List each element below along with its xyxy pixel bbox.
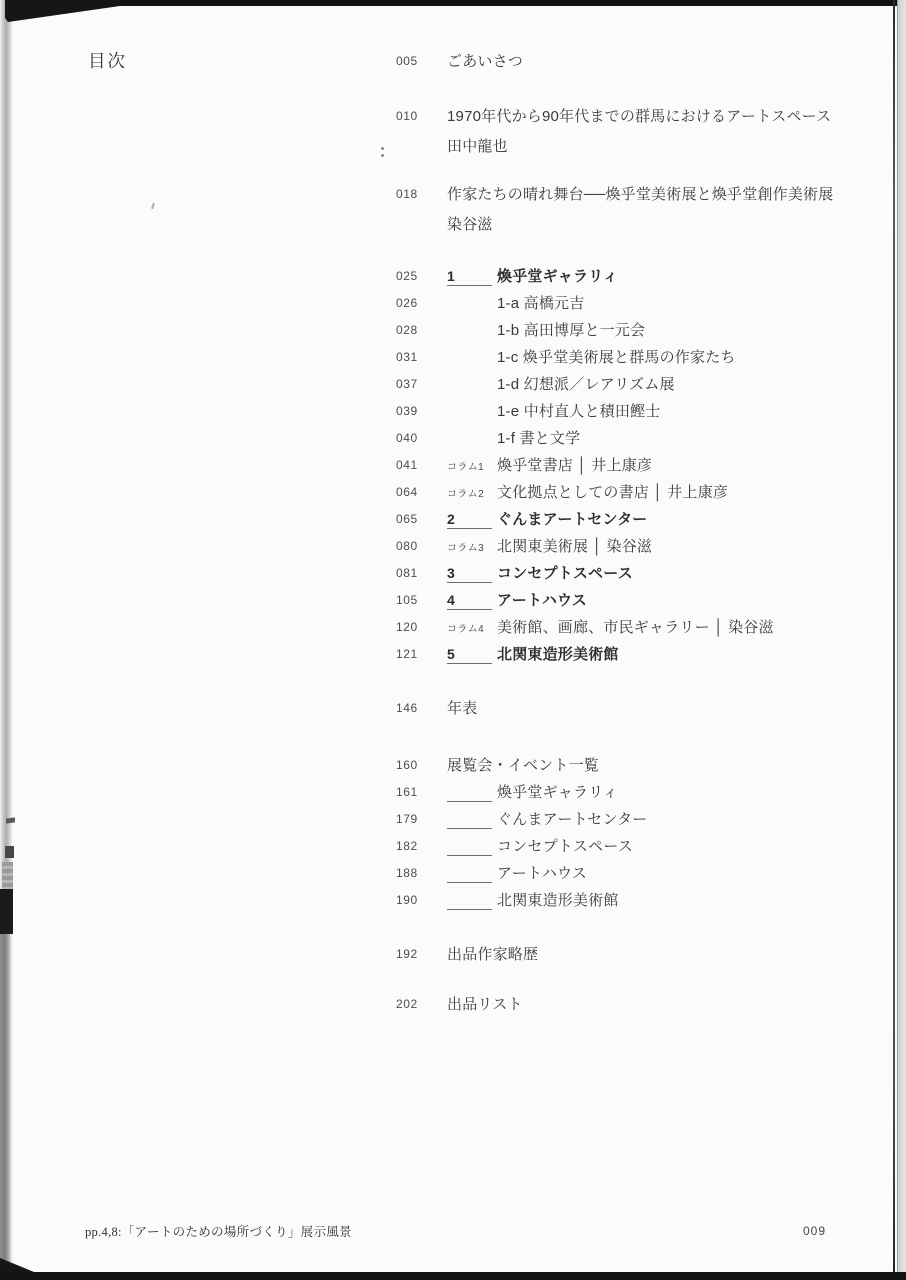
scan-artifact xyxy=(2,862,13,889)
toc-row: 064コラム2文化拠点としての書店 │ 井上康彦 xyxy=(396,479,882,506)
toc-page-number: 031 xyxy=(396,344,447,371)
toc-row: 0371-d 幻想派／レアリズム展 xyxy=(396,371,882,398)
chapter-number-cell: 3 xyxy=(447,560,497,587)
toc-entry-title: 展覧会・イベント一覧 xyxy=(447,752,599,779)
scan-artifact xyxy=(5,846,14,858)
toc-entry-title: コンセプトスペース xyxy=(497,833,633,860)
page-folio: 009 xyxy=(803,1224,826,1238)
toc-entry-title: 北関東造形美術館 xyxy=(497,641,619,668)
toc-group: 018作家たちの晴れ舞台──煥乎堂美術展と煥乎堂創作美術展染谷滋 xyxy=(396,181,882,238)
toc-page-number: 160 xyxy=(396,752,447,779)
blank-underline xyxy=(447,909,492,910)
toc-entry-title: 煥乎堂ギャラリィ xyxy=(497,779,618,806)
blank-underline xyxy=(447,882,492,883)
toc-row: 080コラム3北関東美術展 │ 染谷滋 xyxy=(396,533,882,560)
scan-artifact xyxy=(6,817,15,823)
toc-row: 0281-b 高田博厚と一元会 xyxy=(396,317,882,344)
toc-row: 188アートハウス xyxy=(396,860,882,887)
toc-page-number: 010 xyxy=(396,103,447,130)
footer-caption: pp.4,8:「アートのための場所づくり」展示風景 xyxy=(85,1222,352,1240)
column-label: コラム1 xyxy=(447,462,484,473)
toc-entry-title: 1-c 煥乎堂美術展と群馬の作家たち xyxy=(497,344,736,371)
indent-cell xyxy=(447,371,497,398)
toc-page-number: 018 xyxy=(396,181,447,208)
column-label-cell: コラム1 xyxy=(447,452,497,479)
toc-row: 041コラム1煥乎堂書店 │ 井上康彦 xyxy=(396,452,882,479)
scan-artifact xyxy=(381,147,384,150)
scan-edge-top-wedge xyxy=(0,0,120,24)
toc-page-number: 182 xyxy=(396,833,447,860)
blank-underline-cell xyxy=(447,860,497,887)
blank-underline-cell xyxy=(447,806,497,833)
chapter-number-underline xyxy=(447,663,492,664)
toc-entry-title: アートハウス xyxy=(497,587,587,614)
toc-group: 0101970年代から90年代までの群馬におけるアートスペース田中龍也 xyxy=(396,103,882,160)
chapter-number-cell: 1 xyxy=(447,263,497,290)
toc-entry-title: コンセプトスペース xyxy=(497,560,633,587)
toc-page-number: 146 xyxy=(396,695,447,722)
toc-entry-title: 1-f 書と文学 xyxy=(497,425,580,452)
toc-entry-title: 1970年代から90年代までの群馬におけるアートスペース xyxy=(447,103,831,130)
toc-row: 190北関東造形美術館 xyxy=(396,887,882,914)
toc-page-number: 192 xyxy=(396,941,447,968)
scan-edge-top xyxy=(8,0,906,6)
indent-cell xyxy=(447,317,497,344)
chapter-number-underline xyxy=(447,528,492,529)
toc-row: 0101970年代から90年代までの群馬におけるアートスペース xyxy=(396,103,882,130)
toc-entry-title: 1-d 幻想派／レアリズム展 xyxy=(497,371,675,398)
toc-page-number: 161 xyxy=(396,779,447,806)
toc-entry-title: ごあいさつ xyxy=(447,48,523,75)
toc-page-number xyxy=(396,133,447,160)
toc-page-number xyxy=(396,211,447,238)
toc-row: 161煥乎堂ギャラリィ xyxy=(396,779,882,806)
toc-entry-title: 北関東造形美術館 xyxy=(497,887,619,914)
toc-entry-title: 作家たちの晴れ舞台──煥乎堂美術展と煥乎堂創作美術展 xyxy=(447,181,833,208)
toc-entry-title: 北関東美術展 │ 染谷滋 xyxy=(497,533,652,560)
blank-underline-cell xyxy=(447,833,497,860)
toc-list: 005ごあいさつ0101970年代から90年代までの群馬におけるアートスペース田… xyxy=(396,48,882,1018)
scan-edge-bottom xyxy=(0,1272,906,1280)
toc-row: 0652ぐんまアートセンター xyxy=(396,506,882,533)
toc-row: 005ごあいさつ xyxy=(396,48,882,75)
toc-entry-title: 煥乎堂ギャラリィ xyxy=(497,263,618,290)
book-page: 目次 005ごあいさつ0101970年代から90年代までの群馬におけるアートスペ… xyxy=(0,0,906,1280)
toc-row: 0261-a 高橋元吉 xyxy=(396,290,882,317)
toc-row: 160展覧会・イベント一覧 xyxy=(396,752,882,779)
toc-entry-title: ぐんまアートセンター xyxy=(497,806,648,833)
toc-row: 120コラム4美術館、画廊、市民ギャラリー │ 染谷滋 xyxy=(396,614,882,641)
toc-entry-title: 出品作家略歴 xyxy=(447,941,538,968)
toc-row: 0391-e 中村直人と積田鰹士 xyxy=(396,398,882,425)
toc-entry-title: ぐんまアートセンター xyxy=(497,506,648,533)
column-label-cell: コラム2 xyxy=(447,479,497,506)
column-label: コラム3 xyxy=(447,543,484,554)
scan-artifact xyxy=(0,889,13,934)
toc-row: 202出品リスト xyxy=(396,991,882,1018)
scan-edge-right xyxy=(898,0,906,1280)
blank-underline-cell xyxy=(447,887,497,914)
scan-artifact xyxy=(0,934,11,1280)
toc-page-number: 040 xyxy=(396,425,447,452)
toc-group: 192出品作家略歴 xyxy=(396,941,882,968)
toc-entry-title: 美術館、画廊、市民ギャラリー │ 染谷滋 xyxy=(497,614,774,641)
toc-page-number: 080 xyxy=(396,533,447,560)
toc-entry-title: 煥乎堂書店 │ 井上康彦 xyxy=(497,452,652,479)
toc-page-number: 028 xyxy=(396,317,447,344)
toc-page-number: 120 xyxy=(396,614,447,641)
blank-underline-cell xyxy=(447,779,497,806)
chapter-number-cell: 5 xyxy=(447,641,497,668)
chapter-number: 1 xyxy=(447,268,455,284)
chapter-number-cell: 2 xyxy=(447,506,497,533)
blank-underline xyxy=(447,801,492,802)
toc-entry-title: 出品リスト xyxy=(447,991,523,1018)
toc-page-number: 105 xyxy=(396,587,447,614)
toc-page-number: 005 xyxy=(396,48,447,75)
indent-cell xyxy=(447,290,497,317)
toc-row: 1215北関東造形美術館 xyxy=(396,641,882,668)
toc-row: 田中龍也 xyxy=(396,133,882,160)
toc-row: 018作家たちの晴れ舞台──煥乎堂美術展と煥乎堂創作美術展 xyxy=(396,181,882,208)
toc-row: 染谷滋 xyxy=(396,211,882,238)
toc-group: 005ごあいさつ xyxy=(396,48,882,75)
toc-row: 0311-c 煥乎堂美術展と群馬の作家たち xyxy=(396,344,882,371)
toc-page-number: 026 xyxy=(396,290,447,317)
toc-page-number: 037 xyxy=(396,371,447,398)
toc-group: 146年表 xyxy=(396,695,882,722)
indent-cell xyxy=(447,344,497,371)
toc-entry-title: 1-b 高田博厚と一元会 xyxy=(497,317,645,344)
toc-row: 179ぐんまアートセンター xyxy=(396,806,882,833)
toc-group: 0251煥乎堂ギャラリィ0261-a 高橋元吉0281-b 高田博厚と一元会03… xyxy=(396,263,882,668)
indent-cell xyxy=(447,425,497,452)
toc-row: 0251煥乎堂ギャラリィ xyxy=(396,263,882,290)
chapter-number-underline xyxy=(447,582,492,583)
chapter-number: 3 xyxy=(447,565,455,581)
toc-page-number: 081 xyxy=(396,560,447,587)
toc-row: 182コンセプトスペース xyxy=(396,833,882,860)
indent-cell xyxy=(447,398,497,425)
blank-underline xyxy=(447,828,492,829)
chapter-number: 2 xyxy=(447,511,455,527)
toc-group: 202出品リスト xyxy=(396,991,882,1018)
column-label-cell: コラム3 xyxy=(447,533,497,560)
scan-edge-bottom-wedge xyxy=(0,1258,34,1272)
toc-entry-title: 1-a 高橋元吉 xyxy=(497,290,584,317)
scan-artifact xyxy=(151,203,155,209)
scan-page-edge-line xyxy=(893,0,895,1280)
toc-page-number: 190 xyxy=(396,887,447,914)
toc-entry-title: 染谷滋 xyxy=(447,211,493,238)
chapter-number-cell: 4 xyxy=(447,587,497,614)
toc-page-number: 064 xyxy=(396,479,447,506)
chapter-number: 5 xyxy=(447,646,455,662)
toc-row: 0813コンセプトスペース xyxy=(396,560,882,587)
toc-page-number: 041 xyxy=(396,452,447,479)
toc-entry-title: アートハウス xyxy=(497,860,587,887)
chapter-number-underline xyxy=(447,609,492,610)
column-label: コラム4 xyxy=(447,624,484,635)
toc-row: 0401-f 書と文学 xyxy=(396,425,882,452)
toc-row: 146年表 xyxy=(396,695,882,722)
column-label: コラム2 xyxy=(447,489,484,500)
toc-entry-title: 1-e 中村直人と積田鰹士 xyxy=(497,398,660,425)
toc-page-number: 121 xyxy=(396,641,447,668)
toc-page-number: 039 xyxy=(396,398,447,425)
toc-page-number: 025 xyxy=(396,263,447,290)
column-label-cell: コラム4 xyxy=(447,614,497,641)
toc-page-number: 188 xyxy=(396,860,447,887)
toc-page-number: 065 xyxy=(396,506,447,533)
toc-entry-title: 田中龍也 xyxy=(447,133,508,160)
toc-row: 1054アートハウス xyxy=(396,587,882,614)
toc-group: 160展覧会・イベント一覧161煥乎堂ギャラリィ179ぐんまアートセンター182… xyxy=(396,752,882,914)
chapter-number: 4 xyxy=(447,592,455,608)
chapter-number-underline xyxy=(447,285,492,286)
page-title: 目次 xyxy=(88,50,127,72)
blank-underline xyxy=(447,855,492,856)
toc-entry-title: 年表 xyxy=(447,695,477,722)
toc-page-number: 179 xyxy=(396,806,447,833)
toc-page-number: 202 xyxy=(396,991,447,1018)
toc-entry-title: 文化拠点としての書店 │ 井上康彦 xyxy=(497,479,728,506)
toc-row: 192出品作家略歴 xyxy=(396,941,882,968)
